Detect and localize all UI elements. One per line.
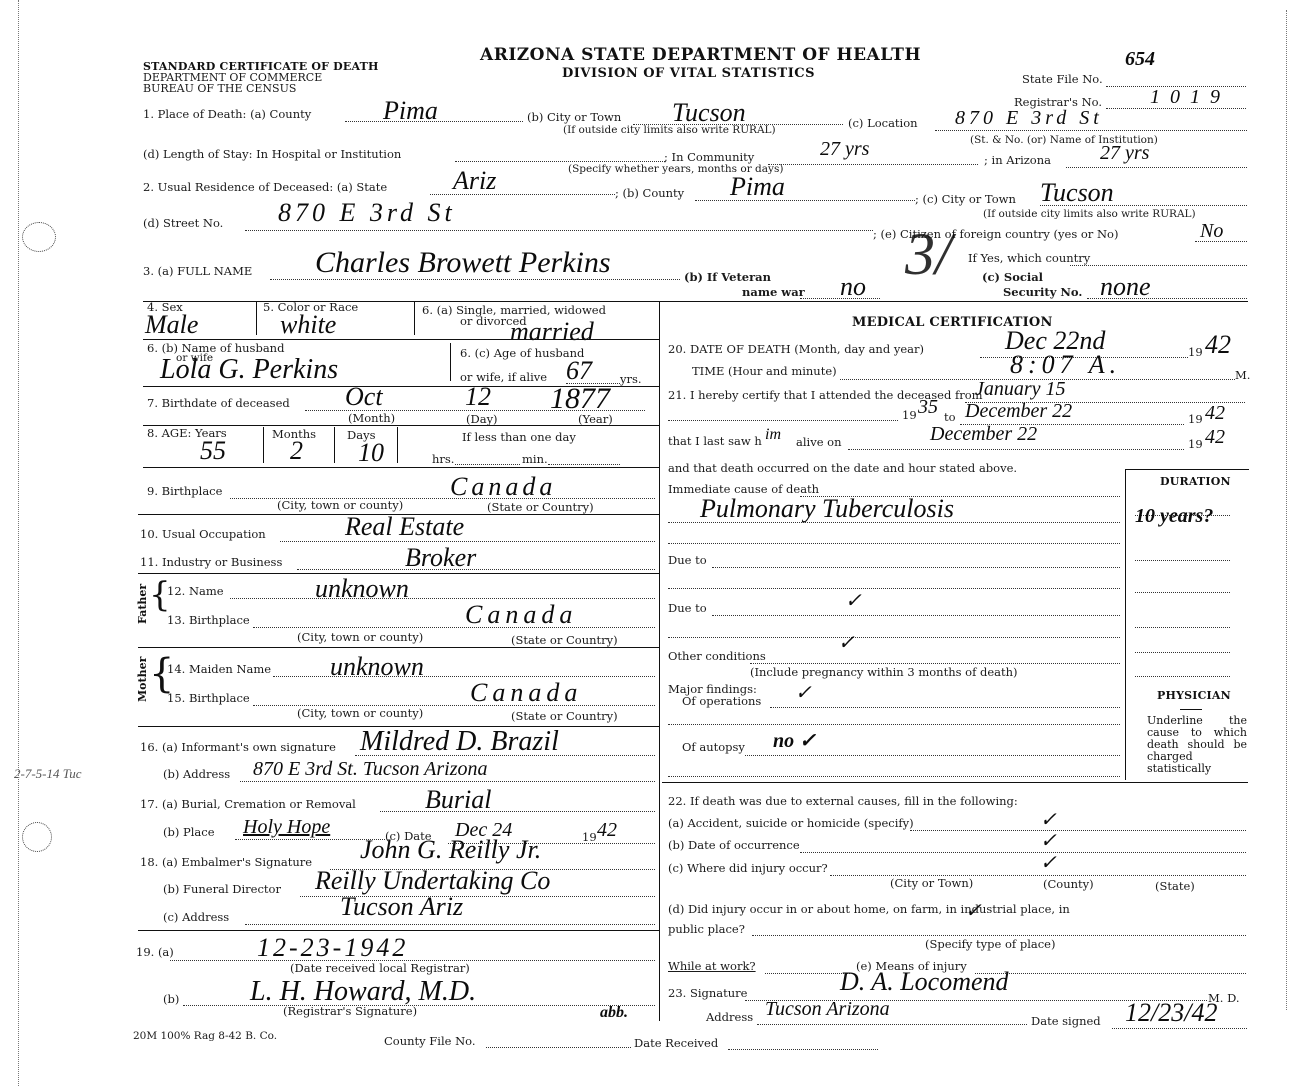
due-to-2-value: ✓ — [845, 588, 862, 613]
place-type-value: ✓ — [965, 898, 982, 923]
death-year: 42 — [1205, 330, 1231, 360]
external-intro: 22. If death was due to external causes,… — [668, 794, 1018, 808]
death-city-note: (If outside city limits also write RURAL… — [563, 124, 776, 136]
burial-type: Burial — [425, 785, 491, 815]
physician-sig-label: 23. Signature — [668, 986, 747, 1000]
autopsy-value: no ✓ — [773, 728, 816, 753]
birthdate-label: 7. Birthdate of deceased — [147, 396, 290, 410]
where-value: ✓ — [1040, 850, 1057, 875]
alive-on-label: alive on — [796, 435, 842, 449]
attend-from-year: 35 — [918, 396, 938, 419]
birthplace-label: 9. Birthplace — [147, 484, 222, 498]
where-city-note: (City or Town) — [890, 876, 973, 890]
embalmer-label: 18. (a) Embalmer's Signature — [140, 855, 312, 869]
birthplace-city-note: (City, town or county) — [277, 498, 403, 512]
informant-sig-label: 16. (a) Informant's own signature — [140, 740, 336, 754]
duration-value: 10 years? — [1135, 505, 1213, 528]
embalmer-signature: John G. Reilly Jr. — [360, 835, 541, 865]
citizen-value: No — [1200, 220, 1223, 243]
father-birthplace: Canada — [465, 600, 577, 630]
hrs-label: hrs. — [432, 452, 454, 466]
place-type-note: (Specify type of place) — [925, 937, 1055, 951]
birth-day: 12 — [465, 382, 491, 412]
industry-label: 11. Industry or Business — [140, 555, 282, 569]
death-date-label: 20. DATE OF DEATH (Month, day and year) — [668, 342, 924, 356]
date-received-note: (Date received local Registrar) — [290, 961, 470, 975]
war-value: no — [840, 272, 866, 302]
burial-year-prefix: 19 — [582, 830, 597, 844]
where-state-note: (State) — [1155, 879, 1195, 893]
director-addr-label: (c) Address — [163, 910, 229, 924]
mother-birthplace-label: 15. Birthplace — [167, 691, 250, 705]
file-mark: 3/ — [905, 220, 952, 289]
director-label: (b) Funeral Director — [163, 882, 281, 896]
month-note: (Month) — [348, 411, 395, 425]
stay-label: (d) Length of Stay: In Hospital or Insti… — [143, 147, 401, 161]
ssn-label2: Security No. — [1003, 285, 1082, 299]
death-county: Pima — [383, 96, 438, 126]
other-conditions-label: Other conditions — [668, 649, 766, 663]
residence-street: 870 E 3rd St — [278, 198, 456, 228]
occurred-label: and that death occurred on the date and … — [668, 461, 1017, 475]
burial-year: 42 — [597, 819, 617, 842]
registrar-sig-suffix: abb. — [600, 1004, 628, 1022]
date-received-local: 12-23-1942 — [257, 933, 408, 963]
date-signed-label: Date signed — [1031, 1014, 1101, 1028]
physician-signature: D. A. Locomend — [840, 967, 1009, 997]
last-saw-date: December 22 — [930, 423, 1037, 446]
residence-state: Ariz — [453, 166, 496, 196]
residence-city-note: (If outside city limits also write RURAL… — [983, 208, 1196, 220]
registrar-sig-note: (Registrar's Signature) — [283, 1004, 417, 1018]
punch-hole-mark-lower — [22, 822, 52, 852]
date-received-label: Date Received — [634, 1036, 718, 1050]
birth-year: 1877 — [550, 382, 610, 416]
informant-address: 870 E 3rd St. Tucson Arizona — [253, 758, 487, 781]
father-side-label: Father — [136, 584, 149, 624]
death-time: 8:07 A. — [1010, 350, 1121, 380]
min-label: min. — [522, 452, 548, 466]
occupation-value: Real Estate — [345, 512, 464, 542]
mother-name-label: 14. Maiden Name — [167, 662, 271, 676]
location-label: (c) Location — [848, 116, 918, 130]
birthplace-state-note: (State or Country) — [487, 500, 594, 514]
burial-type-label: 17. (a) Burial, Cremation or Removal — [140, 797, 356, 811]
residence-label: 2. Usual Residence of Deceased: (a) Stat… — [143, 180, 387, 194]
residence-county: Pima — [730, 172, 785, 202]
less-than-day-label: If less than one day — [462, 430, 576, 444]
autopsy-label: Of autopsy — [682, 740, 745, 754]
father-city-note: (City, town or county) — [297, 630, 423, 644]
spouse-age-unit: yrs. — [620, 372, 642, 386]
birthplace-value: Canada — [450, 472, 556, 502]
father-state-note: (State or Country) — [511, 633, 618, 647]
last-saw-year-prefix: 19 — [1188, 437, 1203, 451]
attend-from: January 15 — [975, 378, 1066, 401]
full-name-label: 3. (a) FULL NAME — [143, 264, 252, 278]
work-label: While at work? — [668, 959, 756, 973]
other-check: ✓ — [838, 630, 855, 655]
operations-label: Of operations — [682, 694, 761, 708]
last-saw-label: that I last saw h — [668, 434, 762, 448]
registrar-a-label: 19. (a) — [136, 945, 174, 959]
registrar-no-value: 1019 — [1150, 86, 1230, 109]
attend-to: December 22 — [965, 400, 1072, 423]
due-to-2-label: Due to — [668, 601, 707, 615]
burial-place-label: (b) Place — [163, 825, 215, 839]
death-city-label: (b) City or Town — [527, 110, 621, 124]
mother-state-note: (State or Country) — [511, 709, 618, 723]
division-title: DIVISION OF VITAL STATISTICS — [562, 66, 815, 81]
residence-county-label: ; (b) County — [615, 186, 684, 200]
death-year-prefix: 19 — [1188, 345, 1203, 359]
street-label: (d) Street No. — [143, 216, 223, 230]
state-file-label: State File No. — [1022, 72, 1103, 86]
attend-to-label: to — [944, 410, 956, 424]
residence-city-label: ; (c) City or Town — [915, 192, 1016, 206]
last-saw-pronoun: im — [765, 426, 781, 444]
death-location: 870 E 3rd St — [955, 107, 1103, 130]
arizona-label: ; in Arizona — [984, 153, 1051, 167]
mother-birthplace: Canada — [470, 678, 582, 708]
place-death-label: 1. Place of Death: (a) County — [143, 107, 311, 121]
residence-city: Tucson — [1040, 178, 1114, 208]
time-label: TIME (Hour and minute) — [692, 364, 837, 378]
place-type-label2: public place? — [668, 922, 745, 936]
community-label: ; In Community — [664, 150, 754, 164]
father-name: unknown — [315, 574, 409, 604]
industry-value: Broker — [405, 543, 476, 573]
year-note: (Year) — [578, 412, 613, 426]
registrar-b-label: (b) — [163, 992, 179, 1006]
father-name-label: 12. Name — [167, 584, 224, 598]
mother-name: unknown — [330, 652, 424, 682]
age-months: 2 — [290, 436, 303, 466]
state-file-value: 654 — [1125, 48, 1155, 71]
where-county-note: (County) — [1043, 877, 1094, 891]
physician-address: Tucson Arizona — [765, 998, 890, 1021]
war-label: name war — [742, 285, 805, 299]
accident-label: (a) Accident, suicide or homicide (speci… — [668, 816, 914, 830]
father-birthplace-label: 13. Birthplace — [167, 613, 250, 627]
physician-note: Underline the cause to which death shoul… — [1147, 715, 1247, 775]
ssn-label: (c) Social — [982, 270, 1043, 284]
date-signed: 12/23/42 — [1125, 998, 1217, 1028]
spouse-name: Lola G. Perkins — [160, 354, 338, 386]
other-note: (Include pregnancy within 3 months of de… — [750, 665, 1018, 679]
director-address: Tucson Ariz — [340, 892, 463, 922]
day-note: (Day) — [466, 412, 498, 426]
age-years: 55 — [200, 436, 226, 466]
burial-place: Holy Hope — [243, 816, 330, 839]
county-file-label: County File No. — [384, 1034, 476, 1048]
due-to-1-label: Due to — [668, 553, 707, 567]
physician-address-label: Address — [706, 1010, 753, 1024]
duration-title: DURATION — [1160, 475, 1231, 488]
birth-month: Oct — [345, 382, 383, 412]
where-label: (c) Where did injury occur? — [668, 861, 828, 875]
sex-value: Male — [145, 310, 198, 340]
informant-addr-label: (b) Address — [163, 767, 230, 781]
informant-signature: Mildred D. Brazil — [360, 726, 559, 758]
place-type-label: (d) Did injury occur in or about home, o… — [668, 902, 1070, 916]
age-days: 10 — [358, 438, 384, 468]
mother-city-note: (City, town or county) — [297, 706, 423, 720]
punch-hole-mark — [22, 222, 56, 252]
attend-to-year: 42 — [1205, 402, 1225, 425]
full-name: Charles Browett Perkins — [315, 246, 611, 280]
bureau-label: BUREAU OF THE CENSUS — [143, 82, 296, 95]
physician-title: PHYSICIAN — [1157, 689, 1231, 702]
occupation-label: 10. Usual Occupation — [140, 527, 266, 541]
attend-to-year-prefix: 19 — [1188, 412, 1203, 426]
operations-value: ✓ — [795, 680, 812, 705]
last-saw-year: 42 — [1205, 426, 1225, 449]
printer-mark: 20M 100% Rag 8-42 B. Co. — [133, 1030, 277, 1042]
margin-note: 2-7-5-14 Tuc — [14, 766, 82, 782]
which-country-label: If Yes, which country — [968, 251, 1090, 265]
ssn-value: none — [1100, 272, 1151, 302]
marital-value: married — [510, 317, 594, 347]
spouse-label: 6. (b) Name of husband — [147, 341, 284, 355]
time-suffix: M. — [1235, 368, 1250, 382]
race-value: white — [280, 310, 336, 340]
stay-arizona: 27 yrs — [1100, 142, 1149, 165]
immediate-cause: Pulmonary Tuberculosis — [700, 494, 954, 524]
mother-side-label: Mother — [136, 657, 149, 702]
stay-community: 27 yrs — [820, 138, 869, 161]
occurrence-date-label: (b) Date of occurrence — [668, 838, 800, 852]
veteran-label: (b) If Veteran — [684, 270, 771, 284]
attend-from-year-prefix: 19 — [902, 408, 917, 422]
agency-title: ARIZONA STATE DEPARTMENT OF HEALTH — [480, 45, 921, 65]
